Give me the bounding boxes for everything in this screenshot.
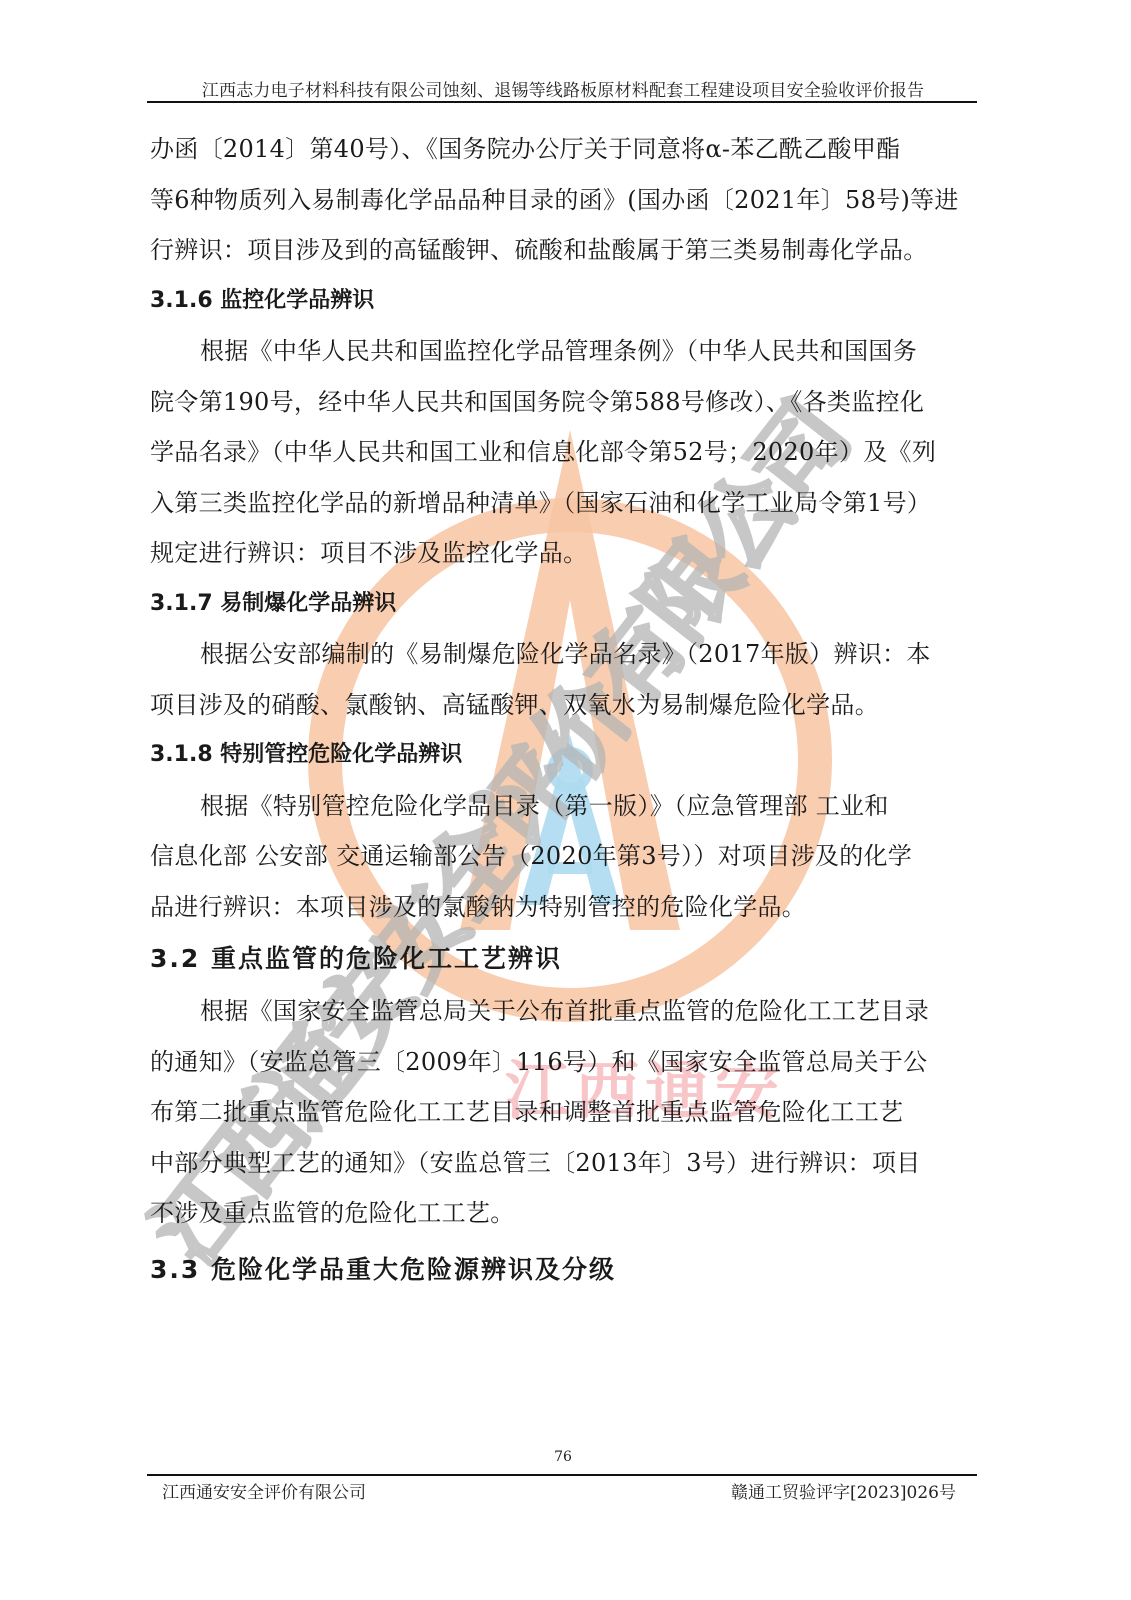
paragraph-line: 行辨识：项目涉及到的高锰酸钾、硫酸和盐酸属于第三类易制毒化学品。 xyxy=(150,225,976,276)
paragraph-line: 的通知》（安监总管三〔2009年〕116号）和《国家安全监管总局关于公 xyxy=(150,1037,976,1088)
header-divider xyxy=(147,101,977,103)
section-heading-3-2: 3.2 重点监管的危险化工工艺辨识 xyxy=(150,932,976,986)
footer-divider xyxy=(147,1474,977,1476)
paragraph-line: 等6种物质列入易制毒化学品品种目录的函》(国办函〔2021年〕58号)等进 xyxy=(150,175,976,226)
section-heading-3-3: 3.3 危险化学品重大危险源辨识及分级 xyxy=(150,1243,976,1297)
section-heading-3-1-7: 3.1.7 易制爆化学品辨识 xyxy=(150,579,976,630)
section-heading-3-1-6: 3.1.6 监控化学品辨识 xyxy=(150,276,976,327)
paragraph-line: 办函〔2014〕第40号）、《国务院办公厅关于同意将α-苯乙酰乙酸甲酯 xyxy=(150,124,976,175)
paragraph-line: 根据《特别管控危险化学品目录（第一版）》（应急管理部 工业和 xyxy=(150,781,976,832)
paragraph-line: 中部分典型工艺的通知》（安监总管三〔2013年〕3号）进行辨识：项目 xyxy=(150,1138,976,1189)
paragraph-line: 规定进行辨识：项目不涉及监控化学品。 xyxy=(150,528,976,579)
paragraph-line: 不涉及重点监管的危险化工工艺。 xyxy=(150,1188,976,1239)
paragraph-line: 根据公安部编制的《易制爆危险化学品名录》（2017年版）辨识：本 xyxy=(150,629,976,680)
paragraph-line: 信息化部 公安部 交通运输部公告（2020年第3号））对项目涉及的化学 xyxy=(150,831,976,882)
paragraph-line: 根据《中华人民共和国监控化学品管理条例》（中华人民共和国国务 xyxy=(150,326,976,377)
paragraph-line: 布第二批重点监管危险化工工艺目录和调整首批重点监管危险化工工艺 xyxy=(150,1087,976,1138)
document-page: 江西通安 江西通安安全评价有限公司 江西志力电子材料科技有限公司蚀刻、退锡等线路… xyxy=(0,0,1131,1600)
paragraph-line: 院令第190号，经中华人民共和国国务院令第588号修改）、《各类监控化 xyxy=(150,377,976,428)
page-content: 办函〔2014〕第40号）、《国务院办公厅关于同意将α-苯乙酰乙酸甲酯 等6种物… xyxy=(150,124,976,1297)
page-number: 76 xyxy=(150,1449,976,1465)
paragraph-line: 品进行辨识：本项目涉及的氯酸钠为特别管控的危险化学品。 xyxy=(150,882,976,933)
paragraph-line: 根据《国家安全监管总局关于公布首批重点监管的危险化工工艺目录 xyxy=(150,986,976,1037)
paragraph-line: 入第三类监控化学品的新增品种清单》（国家石油和化学工业局令第1号） xyxy=(150,478,976,529)
section-heading-3-1-8: 3.1.8 特别管控危险化学品辨识 xyxy=(150,730,976,781)
footer-company: 江西通安安全评价有限公司 xyxy=(162,1478,366,1503)
footer-doc-number: 赣通工贸验评字[2023]026号 xyxy=(731,1478,956,1503)
paragraph-line: 项目涉及的硝酸、氯酸钠、高锰酸钾、双氧水为易制爆危险化学品。 xyxy=(150,680,976,731)
paragraph-line: 学品名录》（中华人民共和国工业和信息化部令第52号；2020年）及《列 xyxy=(150,427,976,478)
running-header: 江西志力电子材料科技有限公司蚀刻、退锡等线路板原材料配套工程建设项目安全验收评价… xyxy=(150,76,976,101)
